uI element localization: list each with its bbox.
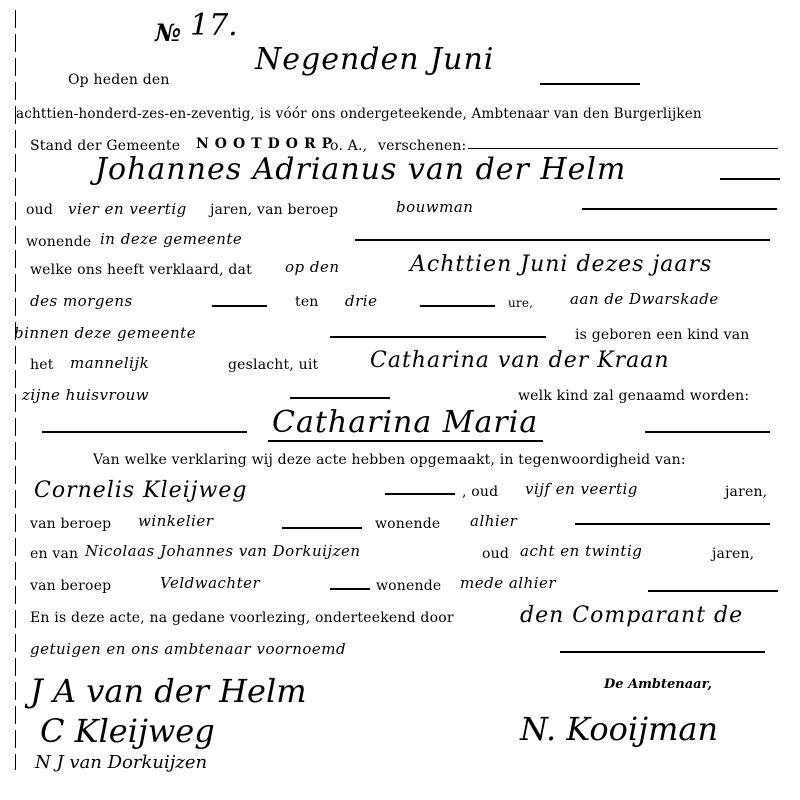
hand-date-day-month: Negenden Juni	[255, 42, 494, 77]
text-geslacht-uit: geslacht, uit	[228, 357, 318, 373]
text-jaren: jaren,	[725, 484, 767, 500]
hand-birth-date: Achttien Juni dezes jaars	[410, 252, 712, 277]
hand-witness1-residence: alhier	[470, 512, 517, 530]
hand-declarant-residence: in deze gemeente	[100, 230, 242, 248]
hand-declarant-age: vier en veertig	[68, 200, 187, 218]
signature-father: J A van der Helm	[30, 672, 307, 710]
text-wonende: wonende	[26, 234, 91, 250]
hand-birth-hour: drie	[345, 292, 377, 310]
signature-witness2: N J van Dorkuijzen	[35, 752, 207, 773]
text-oud: oud	[26, 202, 53, 218]
hand-zijne-huisvrouw: zijne huisvrouw	[22, 386, 149, 404]
hand-child-name: Catharina Maria	[272, 405, 538, 440]
hand-witness2-occupation: Veldwachter	[160, 574, 260, 592]
text-welk-kind-zal-genaamd-worden: welk kind zal genaamd worden:	[518, 388, 749, 404]
margin-line	[15, 10, 16, 770]
hand-child-sex: mannelijk	[70, 354, 149, 372]
fill-line	[42, 431, 247, 433]
fill-line	[355, 239, 770, 241]
hand-binnen-deze-gemeente: binnen deze gemeente	[14, 324, 196, 342]
fill-line	[268, 440, 543, 442]
hand-witness2-age: acht en twintig	[520, 542, 642, 560]
text-wonende: wonende	[375, 516, 440, 532]
text-en-van: en van	[30, 546, 78, 562]
text-jaren: jaren,	[712, 546, 754, 562]
text-year-line: achttien-honderd-zes-en-zeventig, is vóó…	[16, 106, 702, 122]
record-number-value: 17.	[190, 8, 238, 43]
hand-witness2-name: Nicolaas Johannes van Dorkuijzen	[85, 542, 361, 560]
text-van-beroep: van beroep	[30, 578, 111, 594]
signature-witness1: C Kleijweg	[40, 712, 215, 750]
hand-signed-by-continued: getuigen en ons ambtenaar voornoemd	[30, 640, 346, 658]
fill-line	[582, 208, 777, 210]
hand-des-morgens: des morgens	[30, 292, 133, 310]
text-van-welke-verklaring: Van welke verklaring wij deze acte hebbe…	[93, 452, 686, 468]
fill-line	[560, 651, 765, 653]
text-het: het	[30, 357, 54, 373]
fill-line	[720, 178, 780, 180]
hand-declarant-name: Johannes Adrianus van der Helm	[95, 152, 626, 187]
text-welke-ons-heeft-verklaard: welke ons heeft verklaard, dat	[30, 262, 252, 278]
signature-official: N. Kooijman	[520, 710, 718, 748]
birth-record-page: № 17. Op heden den Negenden Juni achttie…	[0, 0, 800, 800]
text-van-beroep: van beroep	[30, 516, 111, 532]
fill-line	[282, 527, 362, 529]
text-ure: ure,	[508, 296, 533, 310]
text-is-geboren: is geboren een kind van	[575, 327, 750, 343]
fill-line	[468, 148, 778, 149]
text-en-is-deze-acte: En is deze acte, na gedane voorlezing, o…	[30, 610, 454, 626]
text-municipality: NOOTDORP	[196, 136, 338, 152]
text-oud: oud	[482, 546, 509, 562]
hand-witness1-name: Cornelis Kleijweg	[34, 478, 247, 503]
fill-line	[575, 523, 770, 525]
hand-op-den: op den	[285, 258, 340, 276]
fill-line	[540, 83, 640, 85]
text-wonende: wonende	[376, 578, 441, 594]
hand-witness1-age: vijf en veertig	[525, 480, 638, 498]
fill-line	[290, 397, 390, 399]
hand-birth-place: aan de Dwarskade	[570, 290, 719, 308]
fill-line	[385, 493, 455, 495]
record-number-label: №	[155, 18, 181, 47]
fill-line	[330, 588, 370, 590]
official-title: De Ambtenaar,	[604, 677, 712, 692]
hand-witness1-occupation: winkelier	[138, 512, 213, 530]
hand-mother-name: Catharina van der Kraan	[370, 348, 670, 373]
fill-line	[648, 590, 778, 592]
hand-witness2-residence: mede alhier	[460, 574, 556, 592]
fill-line	[645, 431, 770, 433]
text-op-heden-den: Op heden den	[68, 72, 170, 88]
text-ten: ten	[295, 294, 319, 310]
fill-line	[212, 305, 267, 307]
text-oud: , oud	[462, 484, 498, 500]
fill-line	[330, 336, 546, 338]
hand-signed-by: den Comparant de	[520, 603, 743, 628]
hand-declarant-occupation: bouwman	[396, 198, 473, 216]
text-jaren-van-beroep: jaren, van beroep	[210, 202, 338, 218]
fill-line	[420, 305, 495, 307]
